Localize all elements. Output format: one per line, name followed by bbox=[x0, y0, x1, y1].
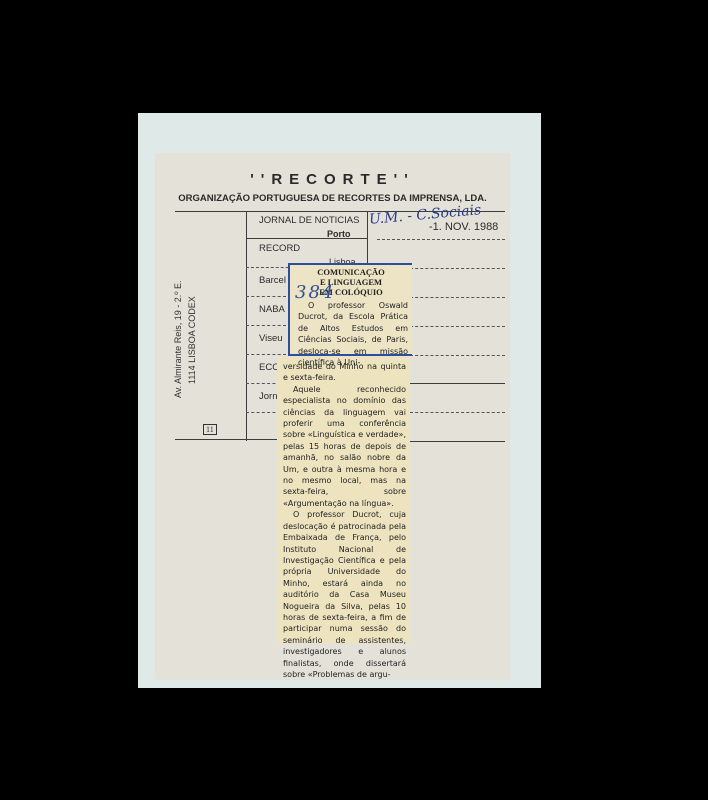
clipping-paragraph: Aquele reconhecido especialista no domín… bbox=[283, 384, 406, 509]
row-separator bbox=[246, 325, 286, 327]
row-label-record: RECORD bbox=[259, 243, 300, 254]
row-label-barcel: Barcel bbox=[259, 275, 286, 286]
row-label-jornal-de-noticias: JORNAL DE NOTICIAS bbox=[259, 215, 359, 226]
address-line-2: 1114 LISBOA CODEX bbox=[185, 280, 199, 398]
right-rule bbox=[410, 355, 505, 357]
table-mid-border bbox=[367, 211, 368, 269]
handwritten-number: 384 bbox=[295, 282, 335, 303]
bottom-rule bbox=[175, 439, 285, 440]
row-separator bbox=[246, 296, 286, 298]
clipping-lead-text: O professor Oswald Ducrot, da Escola Prá… bbox=[290, 300, 412, 368]
right-rule bbox=[410, 383, 505, 384]
clipping-top-piece: COMUNICAÇÃO E LINGUAGEM EM COLÓQUIO O pr… bbox=[288, 263, 412, 356]
right-rule bbox=[377, 239, 505, 241]
form-title: ''RECORTE'' bbox=[155, 171, 510, 188]
page-number-box: 11 bbox=[203, 424, 217, 435]
right-rule bbox=[410, 297, 505, 299]
row-label-naba: NABA bbox=[259, 304, 285, 315]
clipping-paragraph: O professor Ducrot, cuja deslocação é pa… bbox=[283, 509, 406, 680]
headline-line-1: COMUNICAÇÃO bbox=[290, 267, 412, 277]
row-separator bbox=[246, 354, 286, 356]
clipping-bottom-piece: versidade do Minho na quinta e sexta-fei… bbox=[277, 357, 410, 643]
row-city-porto: Porto bbox=[327, 229, 351, 239]
row-label-viseu: Viseu bbox=[259, 333, 283, 344]
date-stamp: -1. NOV. 1988 bbox=[429, 221, 498, 233]
clipping-body: versidade do Minho na quinta e sexta-fei… bbox=[277, 357, 410, 680]
right-rule bbox=[410, 268, 505, 270]
right-rule bbox=[410, 412, 505, 414]
address-block: Av. Almirante Reis, 19 - 2.º E. 1114 LIS… bbox=[171, 280, 199, 398]
right-rule bbox=[410, 326, 505, 328]
form-subtitle: ORGANIZAÇÃO PORTUGUESA DE RECORTES DA IM… bbox=[155, 193, 510, 204]
address-line-1: Av. Almirante Reis, 19 - 2.º E. bbox=[171, 280, 185, 398]
right-rule bbox=[410, 441, 505, 442]
